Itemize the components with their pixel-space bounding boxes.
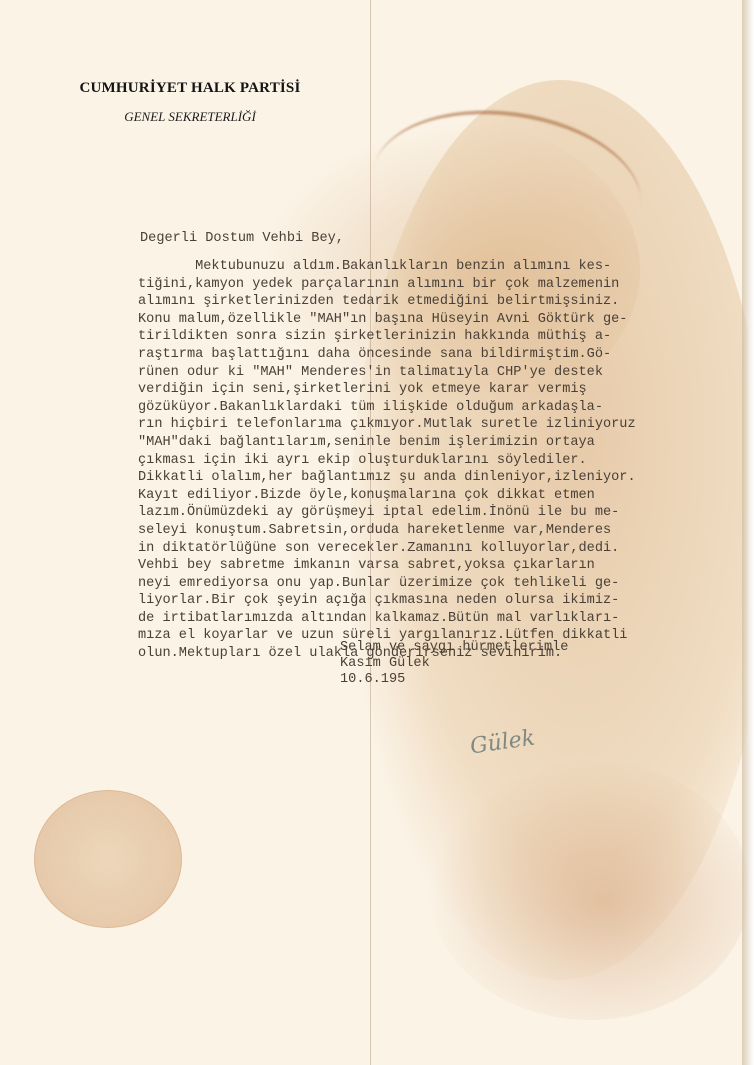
letter-page: CUMHURİYET HALK PARTİSİ GENEL SEKRETERLİ… — [0, 0, 748, 1065]
letter-line: neyi emrediyorsa onu yap.Bunlar üzerimiz… — [138, 575, 636, 593]
office-name: GENEL SEKRETERLİĞİ — [60, 109, 320, 125]
letter-line: Vehbi bey sabretme imkanın varsa sabret,… — [138, 557, 636, 575]
letter-line: çıkması için iki ayrı ekip oluşturduklar… — [138, 452, 636, 470]
salutation: Degerli Dostum Vehbi Bey, — [140, 230, 344, 248]
coffee-ring-stain — [34, 790, 182, 928]
coffee-stain — [430, 760, 748, 1020]
letter-line: gözüküyor.Bakanlıklardaki tüm ilişkide o… — [138, 399, 636, 417]
letter-line: verdiğin için seni,şirketlerini yok etme… — [138, 381, 636, 399]
handwritten-signature: Gülek — [469, 726, 537, 760]
closing-line: Selam ve saygı hürmetlerimle — [340, 640, 568, 655]
letter-date: 10.6.195 — [340, 672, 405, 687]
letter-line: Kayıt ediliyor.Bizde öyle,konuşmalarına … — [138, 487, 636, 505]
letterhead: CUMHURİYET HALK PARTİSİ GENEL SEKRETERLİ… — [60, 80, 320, 125]
letter-line: de irtibatlarımızda altından kalkamaz.Bü… — [138, 610, 636, 628]
letter-line: Dikkatli olalım,her bağlantımız şu anda … — [138, 469, 636, 487]
letter-line: liyorlar.Bir çok şeyin açığa çıkmasına n… — [138, 592, 636, 610]
letter-line: Mektubunuzu aldım.Bakanlıkların benzin a… — [138, 258, 636, 276]
letter-line: tiğini,kamyon yedek parçalarının alımını… — [138, 276, 636, 294]
letter-line: raştırma başlattığını daha öncesinde san… — [138, 346, 636, 364]
letter-line: Konu malum,özellikle "MAH"ın başına Hüse… — [138, 311, 636, 329]
stain-edge — [363, 94, 652, 284]
closing-block: Selam ve saygı hürmetlerimle Kasım Gülek… — [340, 640, 568, 688]
page-edge — [742, 0, 754, 1065]
letter-line: "MAH"daki bağlantılarım,seninle benim iş… — [138, 434, 636, 452]
letter-line: seleyi konuştum.Sabretsin,orduda hareket… — [138, 522, 636, 540]
letter-body: Mektubunuzu aldım.Bakanlıkların benzin a… — [138, 258, 636, 663]
letter-line: in diktatörlüğüne son verecekler.Zamanın… — [138, 540, 636, 558]
letter-line: lazım.Önümüzdeki ay görüşmeyi iptal edel… — [138, 504, 636, 522]
party-name: CUMHURİYET HALK PARTİSİ — [60, 80, 320, 97]
letter-line: rın hiçbiri telefonlarıma çıkmıyor.Mutla… — [138, 416, 636, 434]
letter-line: tirildikten sonra sizin şirketlerinizin … — [138, 328, 636, 346]
letter-line: rünen odur ki "MAH" Menderes'in talimatı… — [138, 364, 636, 382]
signer-name: Kasım Gülek — [340, 656, 430, 671]
letter-line: alımını şirketlerinizden tedarik etmediğ… — [138, 293, 636, 311]
